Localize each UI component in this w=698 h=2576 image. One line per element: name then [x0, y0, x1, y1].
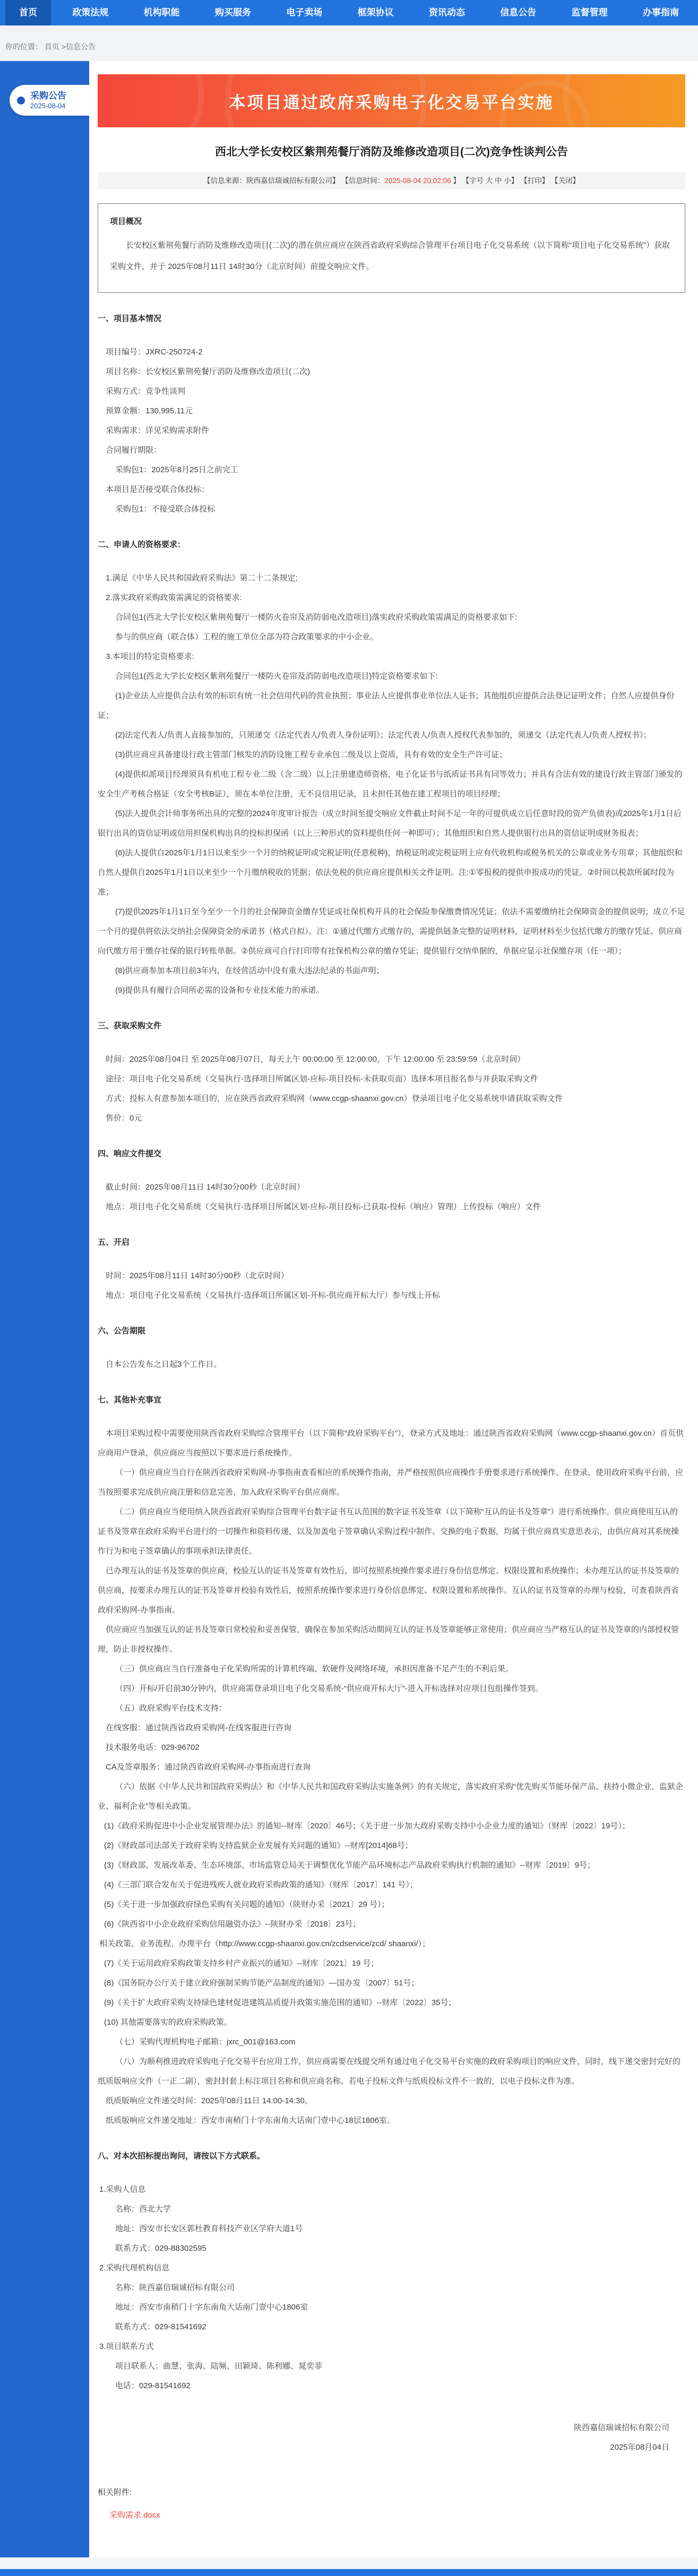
- doc-paragraph: 纸质版响应文件递交时间：2025年08月11日 14:00-14:30。: [98, 2091, 685, 2111]
- attachments-label: 相关附件:: [98, 2486, 685, 2497]
- close-button[interactable]: 【关闭】: [551, 177, 580, 185]
- banner-text: 本项目通过政府采购电子化交易平台实施: [229, 89, 554, 113]
- platform-banner: 本项目通过政府采购电子化交易平台实施: [98, 74, 685, 127]
- doc-paragraph: (5)法人提供会计师事务所出具的完整的2024年度审计报告（成立时间至提交响应文…: [98, 804, 685, 843]
- doc-paragraph: 项目名称：长安校区紫荆苑餐厅消防及维修改造项目(二次): [98, 362, 685, 381]
- section-heading: 七、其他补充事宜: [98, 1390, 685, 1410]
- doc-paragraph: (5)《关于进一步加强政府绿色采购有关问题的通知》（陕财办采〔2021〕29 号…: [98, 1895, 685, 1914]
- doc-paragraph: (3)供应商应具备建设行政主管部门核发的消防设施工程专业承包二级及以上资质，具有…: [98, 745, 685, 765]
- nav-item[interactable]: 办事指南: [629, 0, 693, 25]
- doc-paragraph: 参与的供应商（联合体）工程的施工单位全部为符合政策要求的中小企业。: [98, 627, 685, 647]
- doc-paragraph: 2.采购代理机构信息: [98, 2258, 685, 2278]
- sidebar-item-text: 采购公告 2025-08-04: [30, 90, 66, 111]
- announcement-document: 一、项目基本情况项目编号：JXRC-250724-2项目名称：长安校区紫荆苑餐厅…: [98, 309, 685, 2396]
- doc-paragraph: (8)《国务院办公厅关于建立政府强制采购节能产品制度的通知》—国办发〔2007〕…: [98, 1973, 685, 1993]
- nav-item[interactable]: 政策法规: [58, 0, 122, 25]
- doc-paragraph: 本项目是否接受联合体投标：: [98, 480, 685, 499]
- doc-paragraph: (7)《关于运用政府采购政策支持乡村产业振兴的通知》--财库〔2021〕19 号…: [98, 1954, 685, 1973]
- breadcrumb-separator: >: [59, 42, 66, 51]
- doc-paragraph: 在线客服：通过陕西省政府采购网-在线客服进行咨询: [98, 1718, 685, 1738]
- doc-paragraph: (3)《财政部、发展改革委、生态环境部、市场监管总局关于调整优化节能产品环境标志…: [98, 1855, 685, 1875]
- doc-paragraph: （五）政府采购平台技术支持：: [98, 1698, 685, 1718]
- sidebar-item-title: 采购公告: [30, 90, 66, 102]
- doc-paragraph: (2)法定代表人/负责人直接参加的，只须递交《法定代表人/负责人身份证明》；法定…: [98, 725, 685, 745]
- doc-paragraph: 采购包1：不接受联合体投标: [98, 499, 685, 519]
- doc-paragraph: 本项目采购过程中需要使用陕西省政府采购综合管理平台（以下简称“政府采购平台”），…: [98, 1424, 685, 1463]
- doc-paragraph: 地址：西安市长安区郭杜教育科技产业区学府大道1号: [98, 2219, 685, 2239]
- doc-paragraph: 地点：项目电子化交易系统（交易执行-选择项目所属区划-开标-供应商开标大厅）参与…: [98, 1286, 685, 1305]
- bullet-dot-icon: [17, 97, 25, 105]
- doc-paragraph: 2.落实政府采购政策需满足的资格要求:: [98, 588, 685, 608]
- section-heading: 五、开启: [98, 1233, 685, 1252]
- doc-paragraph: (4)《三部门联合发布关于促进残疾人就业政府采购政策的通知》（财库〔2017〕1…: [98, 1875, 685, 1895]
- section-heading: 三、获取采购文件: [98, 1016, 685, 1036]
- nav-item[interactable]: 首页: [5, 0, 51, 25]
- doc-paragraph: (1)《政府采购促进中小企业发展管理办法》的通知--财库〔2020〕46号；《关…: [98, 1816, 685, 1836]
- doc-paragraph: 联系方式：029-81541692: [98, 2317, 685, 2337]
- doc-paragraph: (6)《陕西省中小企业政府采购信用融资办法》--陕财办采〔2018〕23号；: [98, 1914, 685, 1934]
- doc-paragraph: 售价：0元: [98, 1108, 685, 1128]
- doc-paragraph: (4)提供拟派项目经理须具有机电工程专业二级（含二级）以上注册建造师资格，电子化…: [98, 765, 685, 804]
- overview-heading: 项目概况: [110, 215, 673, 227]
- breadcrumb-home-link[interactable]: 首页: [45, 42, 59, 51]
- sidebar: 采购公告 2025-08-04: [0, 61, 89, 2557]
- doc-paragraph: 3.本项目的特定资格要求:: [98, 647, 685, 666]
- doc-paragraph: 途径：项目电子化交易系统（交易执行-选择项目所属区划-应标-项目投标-未获取页面…: [98, 1069, 685, 1089]
- font-size-controls[interactable]: 【字号 大 中 小】: [462, 177, 519, 185]
- doc-paragraph: 合同包1(西北大学长安校区紫荆苑餐厅一楼防火卷帘及消防弱电改造项目)特定资格要求…: [98, 666, 685, 686]
- doc-paragraph: 3.项目联系方式: [98, 2337, 685, 2356]
- content-area: 本项目通过政府采购电子化交易平台实施 西北大学长安校区紫荆苑餐厅消防及维修改造项…: [89, 61, 698, 2557]
- page-title: 西北大学长安校区紫荆苑餐厅消防及维修改造项目(二次)竞争性谈判公告: [98, 143, 685, 159]
- footer-blue-bar: [0, 2568, 698, 2576]
- doc-paragraph: 相关政策、业务流程、办理平台（http://www.ccgp-shaanxi.g…: [98, 1934, 685, 1954]
- breadcrumb-current-link[interactable]: 信息公告: [66, 42, 96, 51]
- section-heading: 二、申请人的资格要求：: [98, 535, 685, 554]
- print-button[interactable]: 【打印】: [520, 177, 549, 185]
- info-time-value: 2025-08-04 20:02:06: [384, 177, 451, 185]
- nav-item[interactable]: 框架协议: [344, 0, 408, 25]
- doc-paragraph: 地址：西安市南稍门十字东南角大话南门壹中心1806室: [98, 2297, 685, 2317]
- doc-paragraph: (9)《关于扩大政府采购支持绿色建材促进建筑品质提升政策实施范围的通知》--财库…: [98, 1993, 685, 2013]
- breadcrumb-prefix: 你的位置：: [5, 42, 42, 51]
- doc-paragraph: CA及签章服务：通过陕西省政府采购网-办事指南进行查询: [98, 1757, 685, 1777]
- doc-paragraph: (7)提供2025年1月1日至今至少一个月的社会保障资金缴存凭证或社保机构开具的…: [98, 902, 685, 961]
- doc-paragraph: 采购需求：详见采购需求附件: [98, 421, 685, 440]
- nav-item[interactable]: 电子卖场: [272, 0, 336, 25]
- info-time-label: 【信息时间：: [341, 177, 384, 185]
- signature-block: 陕西嘉信瑞诚招标有限公司 2025年08月04日: [98, 2418, 685, 2457]
- doc-paragraph: （四）开标/开启前30分钟内，供应商需登录项目电子化交易系统-“供应商开标大厅”…: [98, 1679, 685, 1698]
- section-heading: 六、公告期限: [98, 1321, 685, 1341]
- nav-item[interactable]: 机构职能: [130, 0, 194, 25]
- signature-company: 陕西嘉信瑞诚招标有限公司: [98, 2418, 669, 2438]
- doc-paragraph: (8)供应商参加本项目前3年内，在经营活动中没有重大违法纪录的书面声明；: [98, 961, 685, 981]
- footer-gray-strip: [0, 2557, 698, 2568]
- doc-paragraph: （八）为顺利推进政府采购电子化交易平台应用工作，供应商需要在线提交所有通过电子化…: [98, 2052, 685, 2091]
- doc-paragraph: 截止时间：2025年08月11日 14时30分00秒（北京时间）: [98, 1177, 685, 1197]
- doc-paragraph: 采购方式：竞争性谈判: [98, 381, 685, 401]
- section-heading: 四、响应文件提交: [98, 1144, 685, 1164]
- doc-paragraph: (1)企业法人应提供合法有效的标识有统一社会信用代码的营业执照；事业法人应提供事…: [98, 686, 685, 725]
- doc-paragraph: 电话：029-81541692: [98, 2376, 685, 2396]
- doc-paragraph: (10) 其他需要落实的政府采购政策。: [98, 2013, 685, 2032]
- doc-paragraph: 时间：2025年08月11日 14时30分00秒（北京时间）: [98, 1266, 685, 1286]
- main-wrapper: 采购公告 2025-08-04 本项目通过政府采购电子化交易平台实施 西北大学长…: [0, 61, 698, 2557]
- top-navigation: 首页政策法规机构职能购买服务电子卖场框架协议资讯动态信息公告监督管理办事指南: [0, 0, 698, 25]
- banner-swirl-decoration: [98, 74, 204, 127]
- doc-paragraph: （六）依据《中华人民共和国政府采购法》和《中华人民共和国政府采购法实施条例》的有…: [98, 1777, 685, 1816]
- doc-paragraph: （一）供应商应当自行在陕西省政府采购网-办事指南查看相应的系统操作指南，并严格按…: [98, 1463, 685, 1502]
- nav-item[interactable]: 信息公告: [486, 0, 550, 25]
- doc-paragraph: 时间：2025年08月04日 至 2025年08月07日，每天上午 00:00:…: [98, 1050, 685, 1069]
- attachment-file-link[interactable]: 采购需求.docx: [109, 2509, 160, 2520]
- doc-paragraph: 名称：西北大学: [98, 2199, 685, 2219]
- doc-paragraph: (2)《财政部司法部关于政府采购支持监狱企业发展有关问题的通知》--财库[201…: [98, 1836, 685, 1855]
- doc-paragraph: 地点：项目电子化交易系统（交易执行-选择项目所属区划-应标-项目投标-已获取-投…: [98, 1197, 685, 1217]
- doc-paragraph: 项目联系人：曲慧、张海、陆频、田颖琦、陈利娜、晁奕菲: [98, 2356, 685, 2376]
- info-source: 【信息来源：陕西嘉信瑞诚招标有限公司】: [203, 177, 340, 185]
- doc-paragraph: (6)法人提供自2025年1月1日以来至少一个月的纳税证明或完税证明(任意税种)…: [98, 843, 685, 902]
- breadcrumb: 你的位置： 首页 >信息公告: [0, 25, 698, 61]
- doc-paragraph: 预算金额：130,995.11元: [98, 401, 685, 421]
- info-time-close: 】: [451, 177, 460, 185]
- doc-paragraph: 1.采购人信息: [98, 2180, 685, 2199]
- signature-date: 2025年08月04日: [98, 2438, 669, 2457]
- doc-paragraph: 联系方式：029-88302595: [98, 2239, 685, 2258]
- nav-item[interactable]: 购买服务: [201, 0, 265, 25]
- doc-paragraph: 名称：陕西嘉信瑞诚招标有限公司: [98, 2278, 685, 2297]
- doc-paragraph: 技术服务电话：029-96702: [98, 1738, 685, 1757]
- doc-paragraph: 合同履行期限：: [98, 440, 685, 460]
- section-heading: 八、对本次招标提出询问，请按以下方式联系。: [98, 2146, 685, 2166]
- doc-paragraph: 自本公告发布之日起3个工作日。: [98, 1355, 685, 1374]
- nav-item[interactable]: 监督管理: [558, 0, 622, 25]
- meta-bar: 【信息来源：陕西嘉信瑞诚招标有限公司】 【信息时间：2025-08-04 20:…: [98, 172, 685, 189]
- doc-paragraph: (9)提供具有履行合同所必需的设备和专业技术能力的承诺。: [98, 981, 685, 1000]
- section-heading: 一、项目基本情况: [98, 309, 685, 328]
- sidebar-item-date: 2025-08-04: [30, 102, 66, 111]
- nav-item[interactable]: 资讯动态: [415, 0, 479, 25]
- attachments-section: 相关附件: 采购需求.docx: [98, 2486, 685, 2520]
- doc-paragraph: （二）供应商应当使用纳入陕西省政府采购综合管理平台数字证书互认范围的数字证书及签…: [98, 1502, 685, 1561]
- doc-paragraph: 纸质版响应文件递交地址：西安市南稍门十字东南角大话南门壹中心18层1806室。: [98, 2111, 685, 2130]
- doc-paragraph: 已办理互认的证书及签章的供应商，校验互认的证书及签章有效性后，即可按照系统操作要…: [98, 1561, 685, 1620]
- doc-paragraph: 合同包1(西北大学长安校区紫荆苑餐厅一楼防火卷帘及消防弱电改造项目)落实政府采购…: [98, 608, 685, 627]
- doc-paragraph: 供应商应当加强互认的证书及签章日常校验和妥善保管，确保在参加采购活动期间互认的证…: [98, 1620, 685, 1659]
- doc-paragraph: （七）采购代理机构电子邮箱：jxrc_001@163.com: [98, 2032, 685, 2052]
- doc-paragraph: 项目编号：JXRC-250724-2: [98, 342, 685, 362]
- doc-paragraph: 采购包1：2025年8月25日之前完工: [98, 460, 685, 480]
- doc-paragraph: 1.满足《中华人民共和国政府采购法》第二十二条规定;: [98, 568, 685, 588]
- overview-body: 长安校区紫荆苑餐厅消防及维修改造项目(二次)的潜在供应商应在陕西省政府采购综合管…: [110, 235, 673, 277]
- project-overview-box: 项目概况 长安校区紫荆苑餐厅消防及维修改造项目(二次)的潜在供应商应在陕西省政府…: [98, 203, 685, 293]
- doc-paragraph: 方式：投标人有意参加本项目的，应在陕西省政府采购网（www.ccgp-shaan…: [98, 1089, 685, 1108]
- sidebar-item-procurement-announcement[interactable]: 采购公告 2025-08-04: [10, 85, 89, 116]
- doc-paragraph: （三）供应商应当自行准备电子化采购所需的计算机终端、软硬件及网络环境，承担因准备…: [98, 1659, 685, 1679]
